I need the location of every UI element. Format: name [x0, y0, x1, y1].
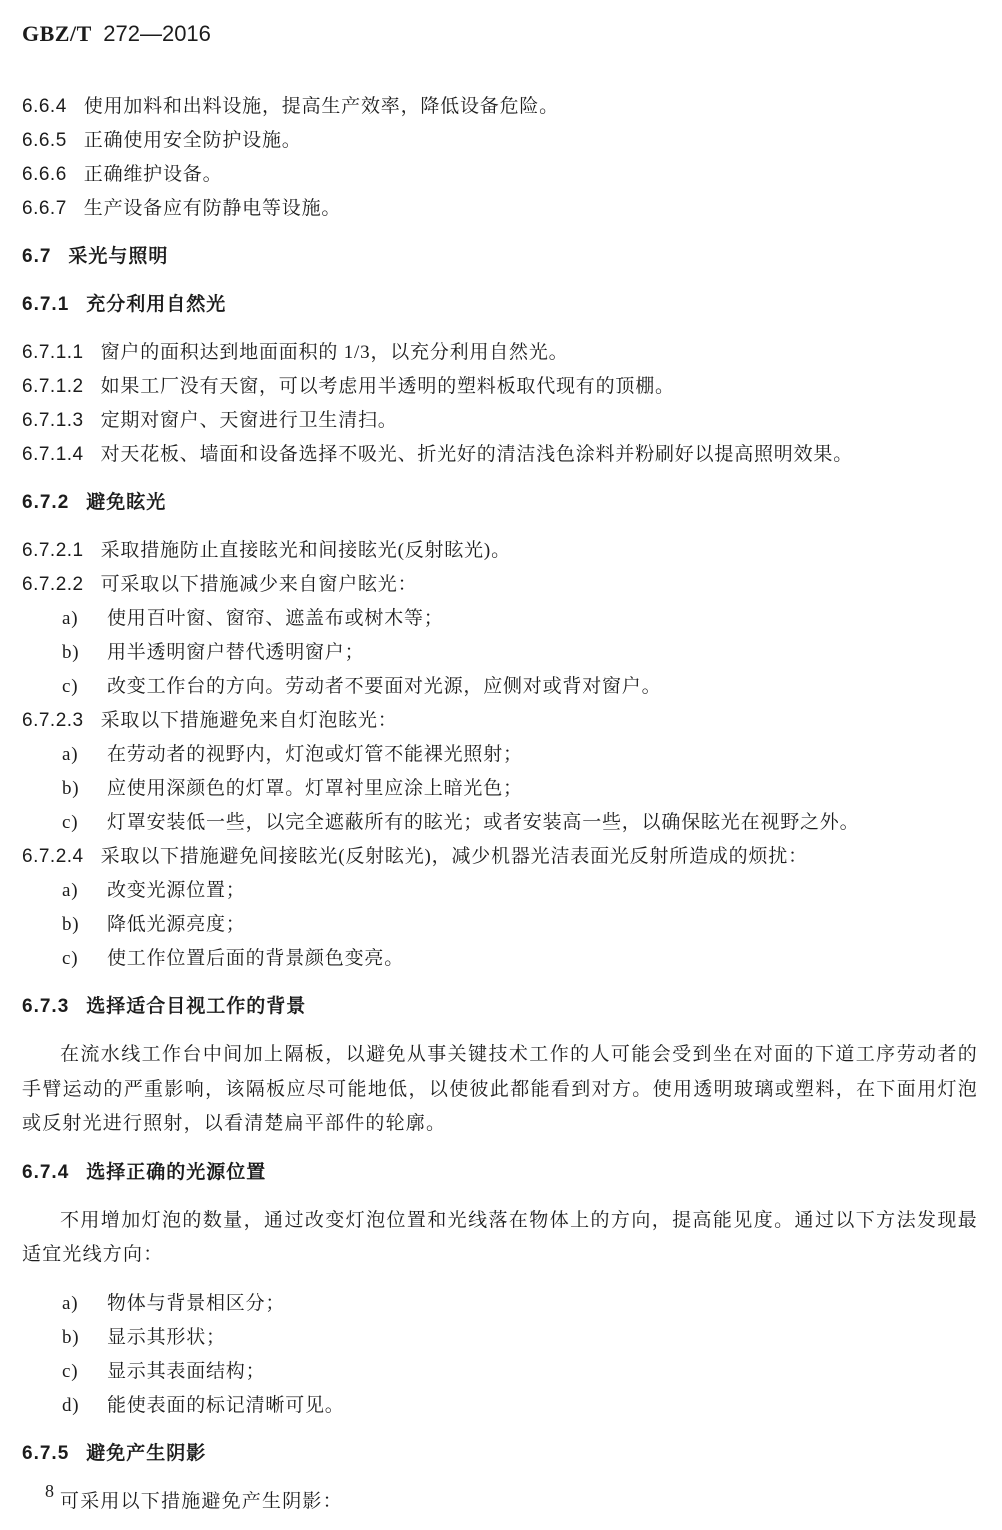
clause-text: 采取以下措施避免间接眩光(反射眩光)，减少机器光洁表面光反射所造成的烦扰： — [101, 840, 978, 874]
list-item: b)降低光源亮度； — [22, 908, 978, 942]
section-heading-6.7.4: 6.7.4选择正确的光源位置 — [22, 1156, 978, 1190]
clause-6.7.2.3: 6.7.2.3采取以下措施避免来自灯泡眩光： — [22, 704, 978, 738]
clause-6.6.7: 6.6.7生产设备应有防静电等设施。 — [22, 192, 978, 226]
clause-text: 正确使用安全防护设施。 — [84, 124, 978, 158]
list-item-text: 改变工作台的方向。劳动者不要面对光源，应侧对或背对窗户。 — [107, 670, 978, 704]
clause-6.7.1.2: 6.7.1.2如果工厂没有天窗，可以考虑用半透明的塑料板取代现有的顶棚。 — [22, 370, 978, 404]
list-item-text: 显示其形状； — [107, 1321, 978, 1355]
clause-text: 采取以下措施避免来自灯泡眩光： — [101, 704, 978, 738]
section-title: 充分利用自然光 — [86, 288, 226, 322]
clause-number: 6.7.2.1 — [22, 534, 84, 568]
list-item: b)显示其形状； — [22, 1321, 978, 1355]
clause-text: 定期对窗户、天窗进行卫生清扫。 — [101, 404, 978, 438]
document-page: GBZ/T 272—2016 6.6.4使用加料和出料设施，提高生产效率，降低设… — [0, 0, 1002, 1530]
list-item-text: 降低光源亮度； — [107, 908, 978, 942]
list-item: d)能使表面的标记清晰可见。 — [22, 1389, 978, 1423]
list-marker: b) — [62, 908, 107, 942]
paragraph: 在流水线工作台中间加上隔板，以避免从事关键技术工作的人可能会受到坐在对面的下道工… — [22, 1038, 978, 1142]
clause-number: 6.7.2.2 — [22, 568, 84, 602]
section-title: 采光与照明 — [68, 240, 168, 274]
clause-6.7.2.2: 6.7.2.2可采取以下措施减少来自窗户眩光： — [22, 568, 978, 602]
list-item: a)改变光源位置； — [22, 874, 978, 908]
clause-number: 6.7.1.2 — [22, 370, 84, 404]
section-heading-6.7.5: 6.7.5避免产生阴影 — [22, 1437, 978, 1471]
list-item: c)改变工作台的方向。劳动者不要面对光源，应侧对或背对窗户。 — [22, 670, 978, 704]
section-heading-6.7.1: 6.7.1充分利用自然光 — [22, 288, 978, 322]
list-item-text: 在劳动者的视野内，灯泡或灯管不能裸光照射； — [107, 738, 978, 772]
paragraph: 可采用以下措施避免产生阴影： — [22, 1485, 978, 1520]
clause-6.7.1.3: 6.7.1.3定期对窗户、天窗进行卫生清扫。 — [22, 404, 978, 438]
clause-text: 生产设备应有防静电等设施。 — [84, 192, 978, 226]
section-number: 6.7.1 — [22, 288, 69, 322]
section-heading-6.7.2: 6.7.2避免眩光 — [22, 486, 978, 520]
list-item-text: 应使用深颜色的灯罩。灯罩衬里应涂上暗光色； — [107, 772, 978, 806]
section-heading-6.7: 6.7采光与照明 — [22, 240, 978, 274]
clause-number: 6.6.6 — [22, 158, 67, 192]
clause-number: 6.7.2.3 — [22, 704, 84, 738]
list-marker: c) — [62, 1355, 107, 1389]
document-content: 6.6.4使用加料和出料设施，提高生产效率，降低设备危险。6.6.5正确使用安全… — [22, 90, 978, 1519]
clause-6.6.4: 6.6.4使用加料和出料设施，提高生产效率，降低设备危险。 — [22, 90, 978, 124]
clause-6.7.2.1: 6.7.2.1采取措施防止直接眩光和间接眩光(反射眩光)。 — [22, 534, 978, 568]
list-item-text: 能使表面的标记清晰可见。 — [107, 1389, 978, 1423]
clause-6.6.6: 6.6.6正确维护设备。 — [22, 158, 978, 192]
list-item-text: 使用百叶窗、窗帘、遮盖布或树木等； — [107, 602, 978, 636]
section-number: 6.7 — [22, 240, 51, 274]
list-marker: b) — [62, 636, 107, 670]
list-item: c)显示其表面结构； — [22, 1355, 978, 1389]
section-number: 6.7.5 — [22, 1437, 69, 1471]
clause-text: 窗户的面积达到地面面积的 1/3，以充分利用自然光。 — [101, 336, 978, 370]
clause-text: 可采取以下措施减少来自窗户眩光： — [101, 568, 978, 602]
section-number: 6.7.4 — [22, 1156, 69, 1190]
clause-text: 如果工厂没有天窗，可以考虑用半透明的塑料板取代现有的顶棚。 — [101, 370, 978, 404]
list-marker: a) — [62, 1287, 107, 1321]
list-marker: a) — [62, 874, 107, 908]
list-item: a)使用百叶窗、窗帘、遮盖布或树木等； — [22, 602, 978, 636]
list-item-text: 显示其表面结构； — [107, 1355, 978, 1389]
list-marker: d) — [62, 1389, 107, 1423]
clause-number: 6.7.2.4 — [22, 840, 84, 874]
section-number: 6.7.2 — [22, 486, 69, 520]
section-heading-6.7.3: 6.7.3选择适合目视工作的背景 — [22, 990, 978, 1024]
section-title: 选择适合目视工作的背景 — [86, 990, 306, 1024]
document-inner: GBZ/T 272—2016 6.6.4使用加料和出料设施，提高生产效率，降低设… — [0, 0, 1002, 1519]
list-marker: c) — [62, 806, 107, 840]
clause-number: 6.6.7 — [22, 192, 67, 226]
clause-number: 6.7.1.4 — [22, 438, 84, 472]
list-item: c)使工作位置后面的背景颜色变亮。 — [22, 942, 978, 976]
section-title: 避免眩光 — [86, 486, 166, 520]
list-marker: c) — [62, 670, 107, 704]
list-item: b)用半透明窗户替代透明窗户； — [22, 636, 978, 670]
section-number: 6.7.3 — [22, 990, 69, 1024]
clause-6.7.1.1: 6.7.1.1窗户的面积达到地面面积的 1/3，以充分利用自然光。 — [22, 336, 978, 370]
list-marker: b) — [62, 1321, 107, 1355]
clause-text: 对天花板、墙面和设备选择不吸光、折光好的清洁浅色涂料并粉刷好以提高照明效果。 — [101, 438, 978, 472]
list-item-text: 使工作位置后面的背景颜色变亮。 — [107, 942, 978, 976]
list-item: c)灯罩安装低一些，以完全遮蔽所有的眩光；或者安装高一些，以确保眩光在视野之外。 — [22, 806, 978, 840]
section-title: 避免产生阴影 — [86, 1437, 206, 1471]
list-marker: a) — [62, 602, 107, 636]
list-marker: c) — [62, 942, 107, 976]
paragraph: 不用增加灯泡的数量，通过改变灯泡位置和光线落在物体上的方向，提高能见度。通过以下… — [22, 1204, 978, 1273]
list-item-text: 用半透明窗户替代透明窗户； — [107, 636, 978, 670]
clause-6.7.1.4: 6.7.1.4对天花板、墙面和设备选择不吸光、折光好的清洁浅色涂料并粉刷好以提高… — [22, 438, 978, 472]
list-item: a)物体与背景相区分； — [22, 1287, 978, 1321]
clause-6.7.2.4: 6.7.2.4采取以下措施避免间接眩光(反射眩光)，减少机器光洁表面光反射所造成… — [22, 840, 978, 874]
clause-text: 使用加料和出料设施，提高生产效率，降低设备危险。 — [84, 90, 978, 124]
page-number: 8 — [45, 1481, 54, 1502]
list-item: b)应使用深颜色的灯罩。灯罩衬里应涂上暗光色； — [22, 772, 978, 806]
clause-6.6.5: 6.6.5正确使用安全防护设施。 — [22, 124, 978, 158]
clause-number: 6.6.4 — [22, 90, 67, 124]
list-marker: b) — [62, 772, 107, 806]
standard-code-prefix: GBZ/T — [22, 21, 92, 46]
clause-number: 6.7.1.1 — [22, 336, 84, 370]
clause-number: 6.6.5 — [22, 124, 67, 158]
list-item-text: 灯罩安装低一些，以完全遮蔽所有的眩光；或者安装高一些，以确保眩光在视野之外。 — [107, 806, 978, 840]
document-header: GBZ/T 272—2016 — [22, 20, 978, 48]
clause-text: 采取措施防止直接眩光和间接眩光(反射眩光)。 — [101, 534, 978, 568]
list-item-text: 物体与背景相区分； — [107, 1287, 978, 1321]
list-item: a)在劳动者的视野内，灯泡或灯管不能裸光照射； — [22, 738, 978, 772]
section-title: 选择正确的光源位置 — [86, 1156, 266, 1190]
list-marker: a) — [62, 738, 107, 772]
clause-text: 正确维护设备。 — [84, 158, 978, 192]
standard-code-number: 272—2016 — [103, 21, 211, 46]
clause-number: 6.7.1.3 — [22, 404, 84, 438]
list-item-text: 改变光源位置； — [107, 874, 978, 908]
